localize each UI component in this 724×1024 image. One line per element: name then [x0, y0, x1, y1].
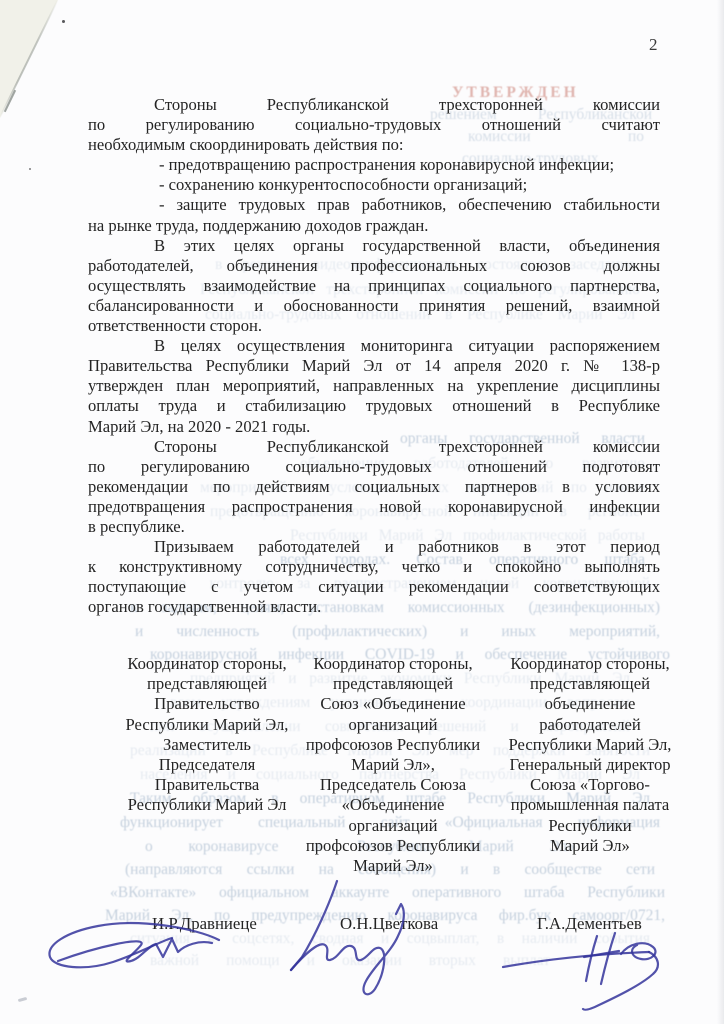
signatory-column-line: Республики Марий Эл: [105, 795, 309, 815]
signatory-column-line: Председатель Союза: [291, 775, 495, 795]
signatory-column-line: Республики Марий Эл,: [105, 715, 309, 735]
document-body: Стороны Республиканской трехсторонней ко…: [88, 95, 660, 617]
text-line: по регулированию социально-трудовых отно…: [88, 457, 660, 477]
text-line: в республике.: [88, 517, 660, 537]
scan-speck: [62, 20, 65, 23]
text-line: ответственности сторон.: [88, 316, 660, 336]
text-line: сбалансированности и обоснованности прин…: [88, 296, 660, 316]
signatory-column-line: профсоюзов Республики: [291, 735, 495, 755]
scan-right-edge-shadow: [717, 0, 724, 1024]
signatory-column-line: Союза «Торгово-: [488, 775, 692, 795]
text-line: органов государственной власти.: [88, 597, 660, 617]
signatory-column-line: промышленная палата: [488, 795, 692, 815]
text-line: необходимым скоординировать действия по:: [88, 135, 660, 155]
signatory-column-line: работодателей: [488, 715, 692, 735]
text-line: к конструктивному сотрудничеству, четко …: [88, 557, 660, 577]
text-line: - защите трудовых прав работников, обесп…: [88, 195, 660, 215]
signatory-column-employers: Координатор стороны,представляющейобъеди…: [488, 654, 692, 856]
text-line: Стороны Республиканской трехсторонней ко…: [88, 95, 660, 115]
text-line: поступающие с учетом ситуации рекомендац…: [88, 577, 660, 597]
signatory-column-line: представляющей: [488, 674, 692, 694]
text-line: утвержден план мероприятий, направленных…: [88, 376, 660, 396]
text-line: по регулированию социально-трудовых отно…: [88, 115, 660, 135]
signatory-column-line: Республики: [488, 816, 692, 836]
signatory-column-unions: Координатор стороны,представляющейСоюз «…: [291, 654, 495, 876]
text-line: на рынке труда, поддержанию доходов граж…: [88, 216, 660, 236]
text-line: оплаты труда и стабилизацию трудовых отн…: [88, 396, 660, 416]
text-line: предотвращения распространения новой кор…: [88, 497, 660, 517]
page-number: 2: [649, 35, 658, 55]
text-line: Призываем работодателей и работников в э…: [88, 537, 660, 557]
text-line: В этих целях органы государственной влас…: [88, 236, 660, 256]
signatory-column-line: Марий Эл»: [291, 856, 495, 876]
text-line: Правительства Республики Марий Эл от 14 …: [88, 356, 660, 376]
signatory-column-line: объединение: [488, 694, 692, 714]
signatory-column-line: организаций: [291, 715, 495, 735]
text-line: В целях осуществления мониторинга ситуац…: [88, 336, 660, 356]
signatory-column-line: Координатор стороны,: [105, 654, 309, 674]
signatory-column-line: Заместитель: [105, 735, 309, 755]
signatory-column-line: представляющей: [291, 674, 495, 694]
scanned-document-page: УТВЕРЖДЕНАрешением Республиканской трехс…: [0, 0, 724, 1024]
scan-speck: [18, 997, 27, 1002]
signatory-column-line: Марий Эл»: [488, 836, 692, 856]
scan-speck: [29, 168, 31, 170]
text-line: рекомендации по действиям социальных пар…: [88, 477, 660, 497]
text-line: - сохранению конкурентоспособности орган…: [88, 175, 660, 195]
text-line: работодателей, объединения профессиональ…: [88, 256, 660, 276]
bleedthrough-line: «ВКонтакте» официальном аккаунте операти…: [110, 884, 665, 903]
signatory-column-line: профсоюзов Республики: [291, 836, 495, 856]
signatory-column-line: Председателя: [105, 755, 309, 775]
signature-ink-tsvetkova: [291, 881, 404, 994]
signatory-column-line: Правительство: [105, 694, 309, 714]
text-line: осуществлять взаимодействие на принципах…: [88, 276, 660, 296]
bleedthrough-line: и численность (профилактических) и иных …: [135, 623, 660, 642]
text-line: Стороны Республиканской трехсторонней ко…: [88, 437, 660, 457]
scan-corner-fold: [0, 0, 70, 130]
signatory-column-line: представляющей: [105, 674, 309, 694]
signatory-column-government: Координатор стороны,представляющейПравит…: [105, 654, 309, 816]
signatory-column-line: Марий Эл»,: [291, 755, 495, 775]
signatory-column-line: Правительства: [105, 775, 309, 795]
bleedthrough-line: важной помощи и оказании вторых выплат: [150, 952, 550, 971]
signature-ink-dementev: [503, 933, 658, 1010]
signatory-column-line: организаций: [291, 816, 495, 836]
signatory-name-tsvetkova: О.Н.Цветкова: [340, 914, 438, 934]
signatory-column-line: Координатор стороны,: [291, 654, 495, 674]
text-line: - предотвращению распространения коронав…: [88, 155, 660, 175]
signatory-column-line: Координатор стороны,: [488, 654, 692, 674]
signatory-name-dravniece: И.Р.Дравниеце: [152, 914, 257, 934]
signatory-column-line: «Объединение: [291, 795, 495, 815]
signatory-name-dementev: Г.А.Дементьев: [537, 914, 642, 934]
text-line: Марий Эл, на 2020 - 2021 годы.: [88, 417, 660, 437]
signatory-column-line: Генеральный директор: [488, 755, 692, 775]
signatory-column-line: Республики Марий Эл,: [488, 735, 692, 755]
signatory-column-line: Союз «Объединение: [291, 694, 495, 714]
